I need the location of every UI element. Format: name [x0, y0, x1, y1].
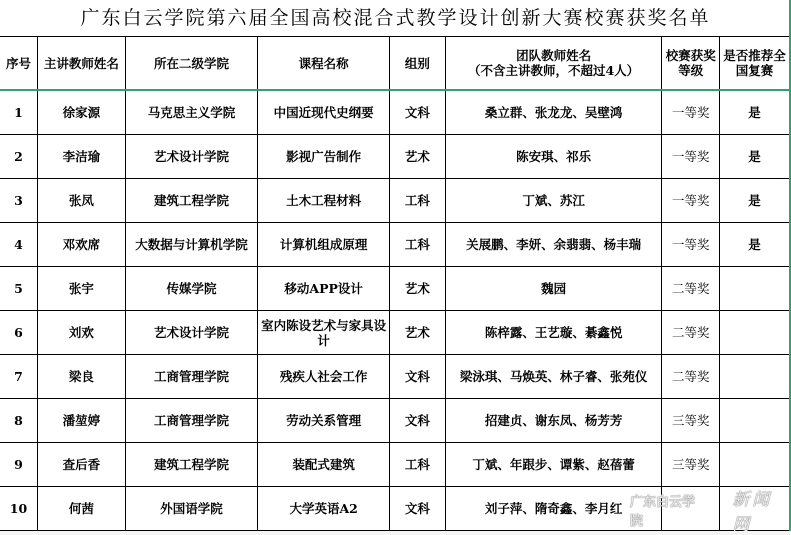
- table-row: 2李洁瑜艺术设计学院影视广告制作艺术陈安琪、祁乐一等奖是: [0, 135, 790, 179]
- header-team: 团队教师姓名 （不含主讲教师，不超过4人）: [445, 37, 661, 91]
- cell-award: 二等奖: [662, 355, 720, 399]
- cell-course: 大学英语A2: [258, 487, 390, 531]
- cell-group: 艺术: [390, 135, 446, 179]
- cell-group: 文科: [390, 399, 446, 443]
- cell-index: 7: [0, 355, 37, 399]
- cell-group: 艺术: [390, 311, 446, 355]
- cell-recommend: 是: [720, 135, 790, 179]
- cell-recommend: 是: [720, 90, 790, 135]
- table-row: 9查后香建筑工程学院装配式建筑工科丁斌、年跟步、谭紫、赵蓓蕾三等奖: [0, 443, 790, 487]
- cell-award: 一等奖: [662, 135, 720, 179]
- cell-course: 劳动关系管理: [258, 399, 390, 443]
- cell-course: 残疾人社会工作: [258, 355, 390, 399]
- header-index: 序号: [0, 37, 37, 91]
- table-row: 6刘欢艺术设计学院室内陈设艺术与家具设计艺术陈梓露、王艺璇、綦鑫悦二等奖: [0, 311, 790, 355]
- cell-recommend: [720, 311, 790, 355]
- table-row: 4邓欢席大数据与计算机学院计算机组成原理工科关展鹏、李妍、余翡翡、杨丰瑞一等奖是: [0, 223, 790, 267]
- cell-index: 6: [0, 311, 37, 355]
- cell-group: 工科: [390, 179, 446, 223]
- cell-recommend: 是: [720, 223, 790, 267]
- cell-college: 工商管理学院: [125, 355, 258, 399]
- cell-course: 中国近现代史纲要: [258, 90, 390, 135]
- cell-team: 关展鹏、李妍、余翡翡、杨丰瑞: [445, 223, 661, 267]
- cell-award: 三等奖: [662, 399, 720, 443]
- header-teacher: 主讲教师姓名: [37, 37, 125, 91]
- cell-college: 建筑工程学院: [125, 179, 258, 223]
- cell-group: 文科: [390, 355, 446, 399]
- cell-team: 魏园: [445, 267, 661, 311]
- cell-group: 工科: [390, 443, 446, 487]
- cell-award: 一等奖: [662, 223, 720, 267]
- cell-index: 3: [0, 179, 37, 223]
- cell-college: 艺术设计学院: [125, 311, 258, 355]
- cell-teacher: 潘堃婷: [37, 399, 125, 443]
- document-title: 广东白云学院第六届全国高校混合式教学设计创新大赛校赛获奖名单: [0, 0, 791, 36]
- cell-award: 二等奖: [662, 267, 720, 311]
- cell-teacher: 张凤: [37, 179, 125, 223]
- table-row: 3张凤建筑工程学院土木工程材料工科丁斌、苏江一等奖是: [0, 179, 790, 223]
- cell-teacher: 梁良: [37, 355, 125, 399]
- cell-teacher: 邓欢席: [37, 223, 125, 267]
- cell-recommend: [720, 399, 790, 443]
- header-college: 所在二级学院: [125, 37, 258, 91]
- cell-college: 马克思主义学院: [125, 90, 258, 135]
- header-award: 校赛获奖等级: [662, 37, 720, 91]
- table-row: 10何茜外国语学院大学英语A2文科刘子萍、隋奇鑫、李月红: [0, 487, 790, 531]
- cell-team: 陈梓露、王艺璇、綦鑫悦: [445, 311, 661, 355]
- cell-team: 丁斌、年跟步、谭紫、赵蓓蕾: [445, 443, 661, 487]
- cell-course: 计算机组成原理: [258, 223, 390, 267]
- cell-teacher: 查后香: [37, 443, 125, 487]
- cell-team: 招建贞、谢东凤、杨芳芳: [445, 399, 661, 443]
- cell-award: 二等奖: [662, 311, 720, 355]
- bottom-strip: [0, 531, 791, 535]
- cell-recommend: [720, 487, 790, 531]
- table-row: 7梁良工商管理学院残疾人社会工作文科梁泳琪、马焕英、林子睿、张苑仪二等奖: [0, 355, 790, 399]
- table-row: 5张宇传媒学院移动APP设计艺术魏园二等奖: [0, 267, 790, 311]
- cell-award: 一等奖: [662, 179, 720, 223]
- cell-college: 外国语学院: [125, 487, 258, 531]
- cell-teacher: 何茜: [37, 487, 125, 531]
- cell-index: 9: [0, 443, 37, 487]
- cell-group: 工科: [390, 223, 446, 267]
- table-row: 8潘堃婷工商管理学院劳动关系管理文科招建贞、谢东凤、杨芳芳三等奖: [0, 399, 790, 443]
- cell-teacher: 刘欢: [37, 311, 125, 355]
- cell-teacher: 徐家源: [37, 90, 125, 135]
- cell-award: [662, 487, 720, 531]
- cell-index: 10: [0, 487, 37, 531]
- cell-index: 5: [0, 267, 37, 311]
- cell-award: 三等奖: [662, 443, 720, 487]
- header-row: 序号 主讲教师姓名 所在二级学院 课程名称 组别 团队教师姓名 （不含主讲教师，…: [0, 37, 790, 91]
- cell-recommend: [720, 355, 790, 399]
- cell-college: 大数据与计算机学院: [125, 223, 258, 267]
- cell-teacher: 李洁瑜: [37, 135, 125, 179]
- header-course: 课程名称: [258, 37, 390, 91]
- cell-group: 艺术: [390, 267, 446, 311]
- cell-college: 建筑工程学院: [125, 443, 258, 487]
- cell-team: 桑立群、张龙龙、吴壁鸿: [445, 90, 661, 135]
- cell-teacher: 张宇: [37, 267, 125, 311]
- cell-course: 影视广告制作: [258, 135, 390, 179]
- cell-college: 艺术设计学院: [125, 135, 258, 179]
- cell-course: 装配式建筑: [258, 443, 390, 487]
- table-row: 1徐家源马克思主义学院中国近现代史纲要文科桑立群、张龙龙、吴壁鸿一等奖是: [0, 90, 790, 135]
- cell-team: 丁斌、苏江: [445, 179, 661, 223]
- cell-award: 一等奖: [662, 90, 720, 135]
- header-group: 组别: [390, 37, 446, 91]
- cell-recommend: [720, 267, 790, 311]
- cell-course: 室内陈设艺术与家具设计: [258, 311, 390, 355]
- cell-index: 8: [0, 399, 37, 443]
- cell-team: 梁泳琪、马焕英、林子睿、张苑仪: [445, 355, 661, 399]
- cell-index: 4: [0, 223, 37, 267]
- cell-group: 文科: [390, 487, 446, 531]
- cell-college: 工商管理学院: [125, 399, 258, 443]
- header-recommend: 是否推荐全国复赛: [720, 37, 790, 91]
- cell-team: 陈安琪、祁乐: [445, 135, 661, 179]
- cell-team: 刘子萍、隋奇鑫、李月红: [445, 487, 661, 531]
- cell-recommend: [720, 443, 790, 487]
- cell-college: 传媒学院: [125, 267, 258, 311]
- cell-course: 土木工程材料: [258, 179, 390, 223]
- cell-index: 2: [0, 135, 37, 179]
- cell-index: 1: [0, 90, 37, 135]
- awards-table: 序号 主讲教师姓名 所在二级学院 课程名称 组别 团队教师姓名 （不含主讲教师，…: [0, 36, 790, 531]
- cell-recommend: 是: [720, 179, 790, 223]
- cell-group: 文科: [390, 90, 446, 135]
- cell-course: 移动APP设计: [258, 267, 390, 311]
